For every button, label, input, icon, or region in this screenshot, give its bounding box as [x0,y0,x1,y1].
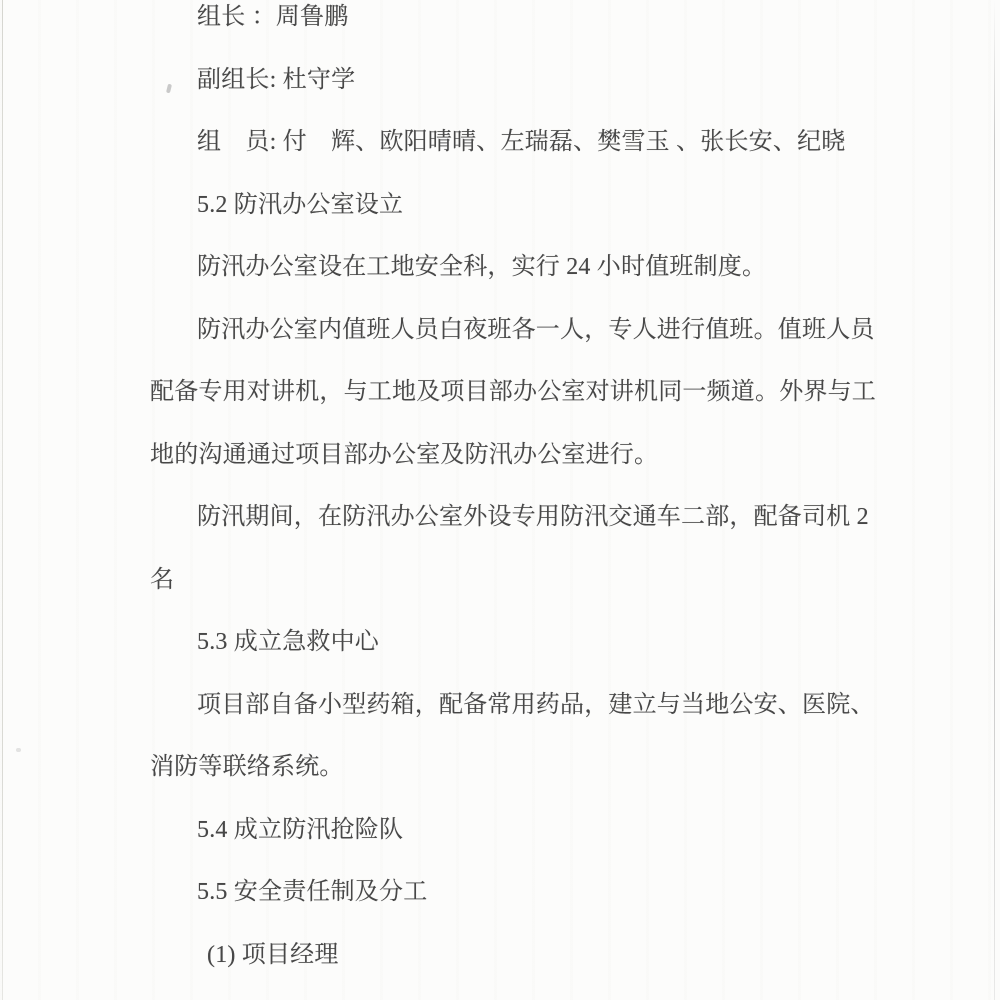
heading-5-5: 5.5 安全责任制及分工 [150,861,866,924]
scan-edge-left-line [2,0,3,1000]
text-line-deputy-leader: 副组长: 杜守学 [150,49,866,112]
scan-artifact-speck [16,748,21,752]
heading-5-4: 5.4 成立防汛抢险队 [150,799,866,862]
text-line: 消防等联络系统。 [150,736,866,799]
document-page: 组长 ：周鲁鹏 副组长: 杜守学 组 员: 付 辉、欧阳晴晴、左瑞磊、樊雪玉 、… [0,0,1000,1000]
heading-5-3: 5.3 成立急救中心 [150,611,866,674]
heading-5-2: 5.2 防汛办公室设立 [150,174,866,237]
text-line: 地的沟通通过项目部办公室及防汛办公室进行。 [150,424,866,487]
text-line: 防汛办公室内值班人员白夜班各一人，专人进行值班。值班人员 [150,299,866,362]
document-text-block: 组长 ：周鲁鹏 副组长: 杜守学 组 员: 付 辉、欧阳晴晴、左瑞磊、樊雪玉 、… [150,0,866,986]
heading-item-1: (1) 项目经理 [150,924,866,987]
text-line: 名 [150,549,866,612]
text-line: 项目部自备小型药箱，配备常用药品，建立与当地公安、医院、 [150,674,866,737]
text-line: 防汛期间，在防汛办公室外设专用防汛交通车二部，配备司机 2 [150,486,866,549]
text-line: 防汛办公室设在工地安全科，实行 24 小时值班制度。 [150,236,866,299]
text-line-group-leader: 组长 ：周鲁鹏 [150,0,866,49]
text-line: 配备专用对讲机，与工地及项目部办公室对讲机同一频道。外界与工 [150,361,866,424]
text-line-members: 组 员: 付 辉、欧阳晴晴、左瑞磊、樊雪玉 、张长安、纪晓 [150,111,866,174]
scan-edge-right-line [994,0,995,1000]
